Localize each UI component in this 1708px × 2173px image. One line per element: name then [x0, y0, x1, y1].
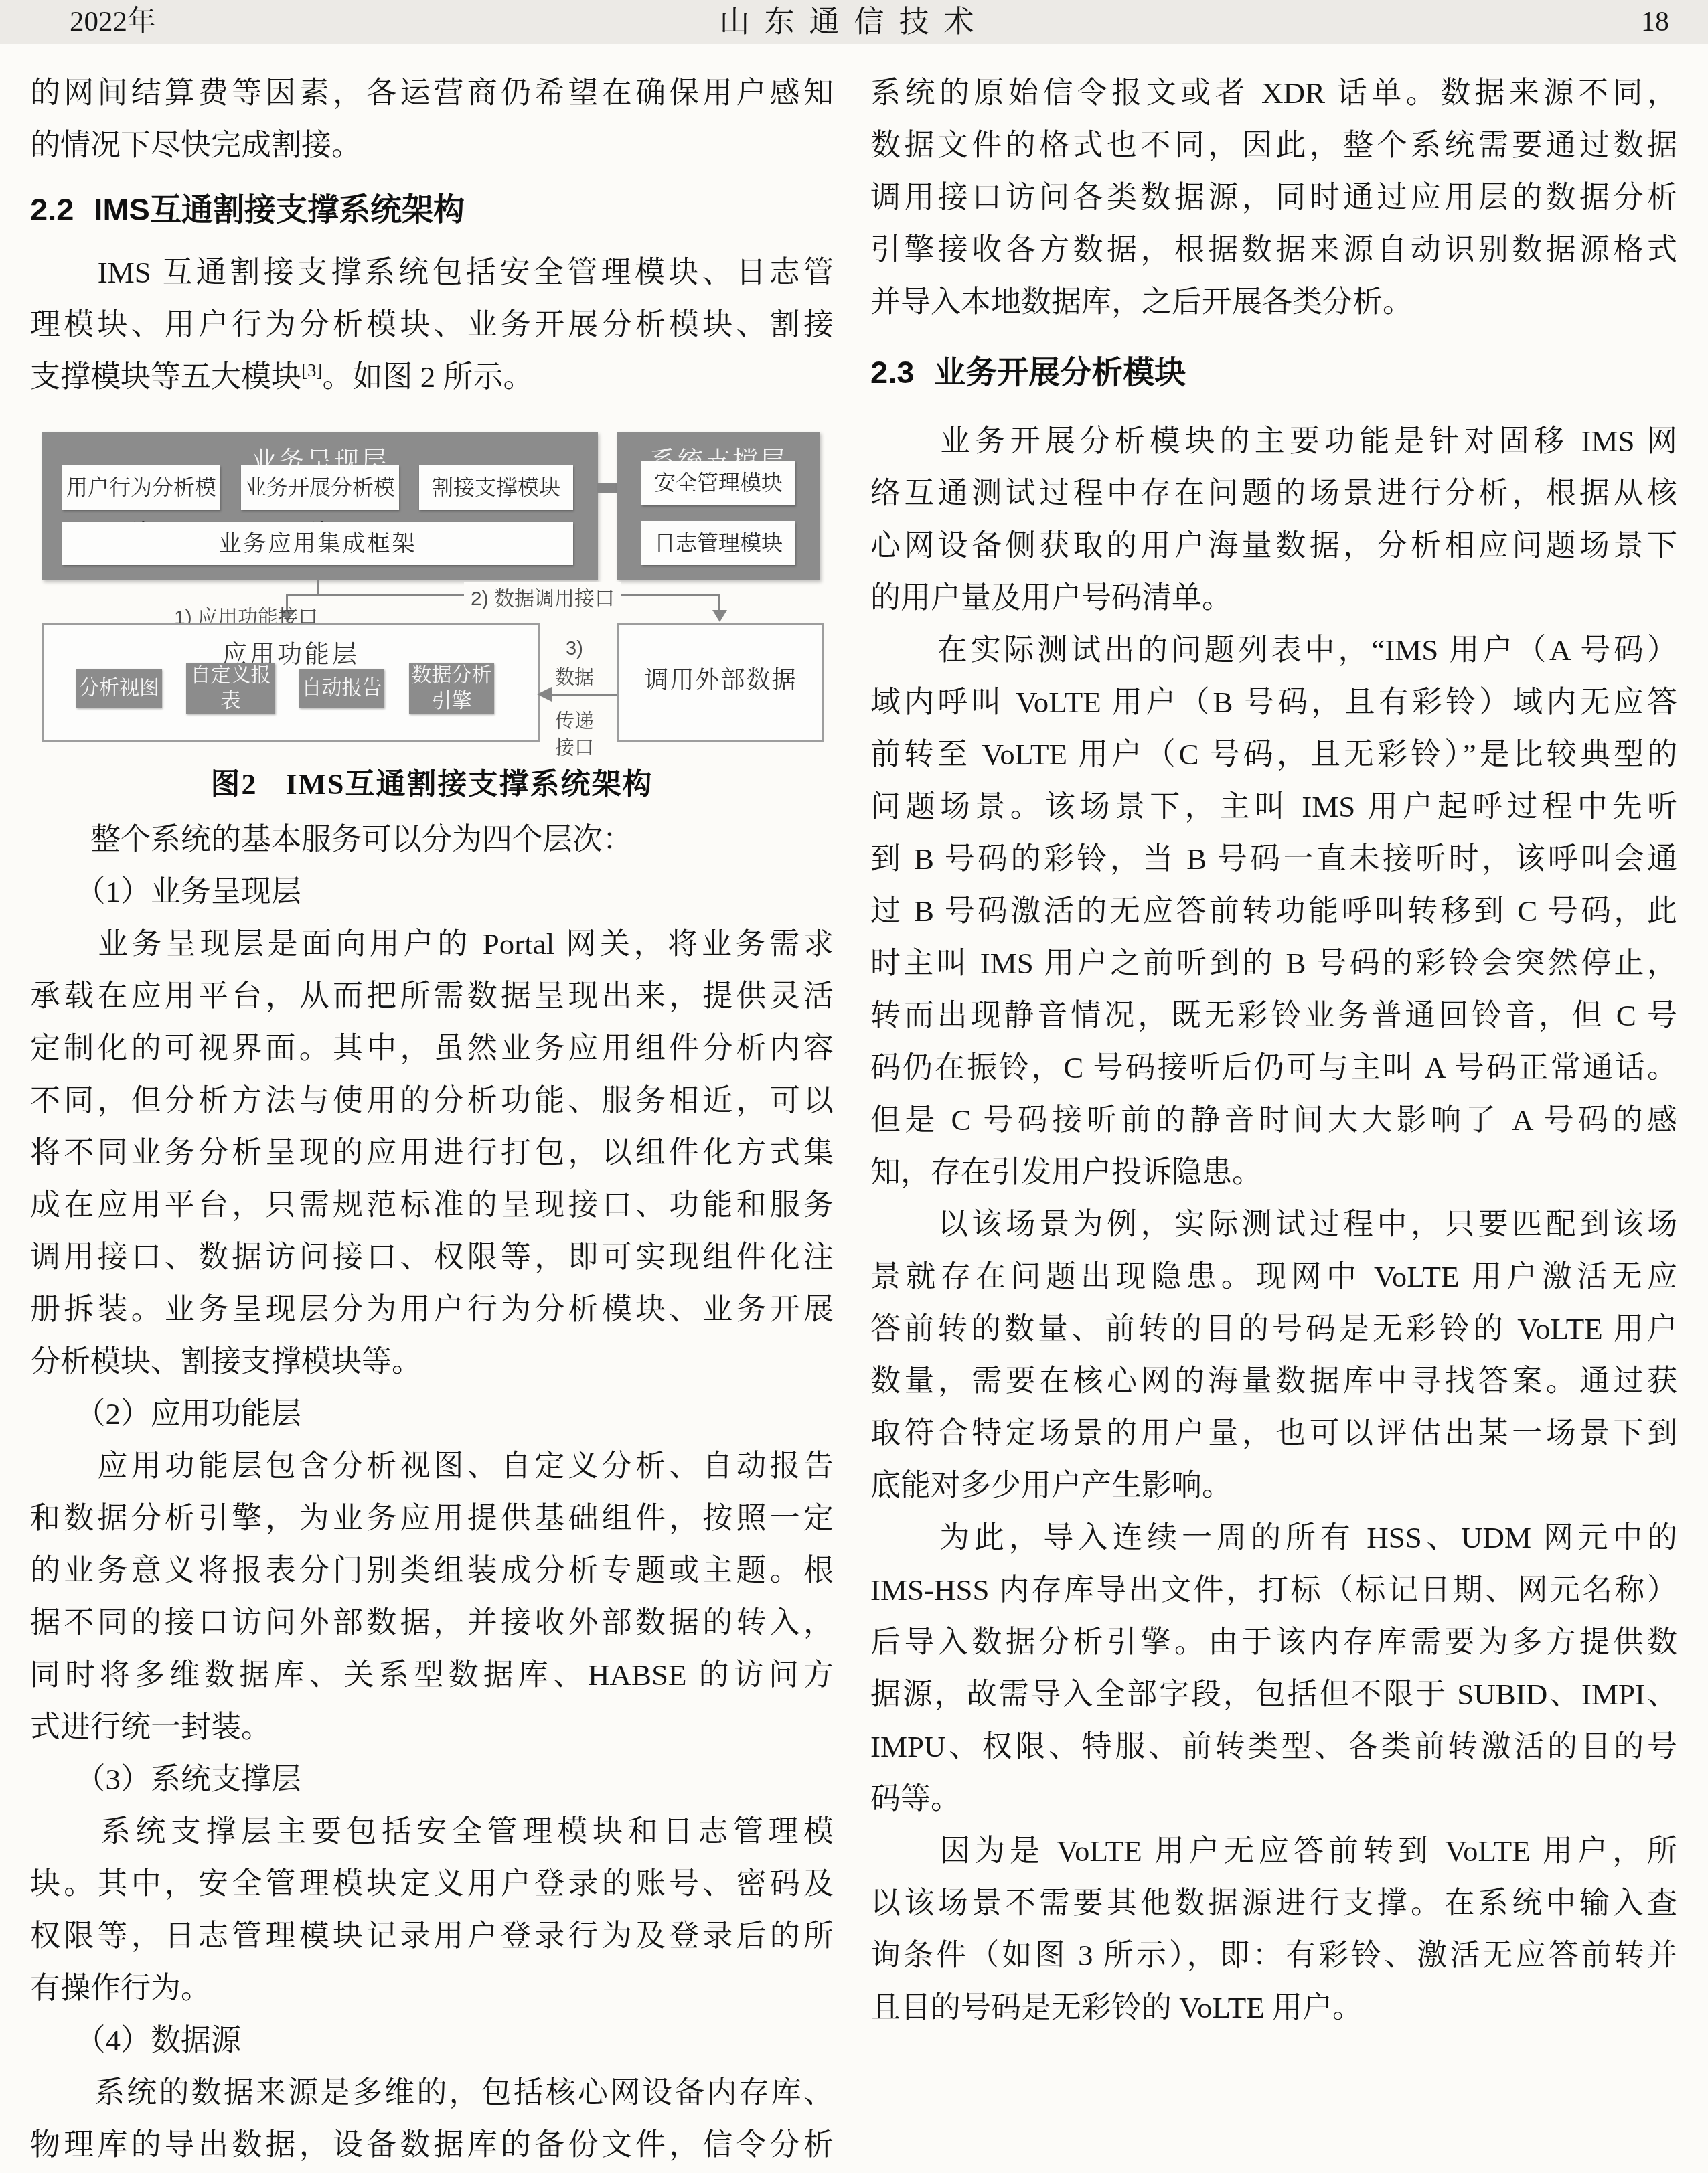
text-line: 系统的原始信令报文或者 XDR 话单。数据来源不同，	[870, 67, 1677, 119]
text-line: 过 B 号码激活的无应答前转功能呼叫转移到 C 号码，此	[870, 885, 1677, 937]
text-line: 域内呼叫 VoLTE 用户（B 号码，且有彩铃）域内无应答	[870, 676, 1677, 728]
text-line: 码仍在振铃，C 号码接听后仍可与主叫 A 号码正常通话。	[870, 1042, 1677, 1094]
module-box-security-mgmt: 安全管理模块	[641, 461, 795, 505]
text-line: 因为是 VoLTE 用户无应答前转到 VoLTE 用户，所	[870, 1825, 1677, 1877]
text-line: 据不同的接口访问外部数据，并接收外部数据的转入，	[30, 1597, 834, 1649]
module-box-cutover-support: 割接支撑模块	[419, 465, 573, 510]
text-line: 定制化的可视界面。其中，虽然业务应用组件分析内容	[30, 1022, 834, 1074]
text-line: （4）数据源	[30, 2014, 834, 2067]
section-heading-2-2: 2.2IMS互通割接支撑系统架构	[30, 189, 834, 230]
text-line: 问题场景。该场景下，主叫 IMS 用户起呼过程中先听	[870, 781, 1677, 833]
text-line: 且目的号码是无彩铃的 VoLTE 用户。	[870, 1982, 1677, 2034]
text-line: 在实际测试出的问题列表中，“IMS 用户（A 号码）	[870, 624, 1677, 676]
text-line: 和数据分析引擎，为业务应用提供基础组件，按照一定	[30, 1492, 834, 1544]
module-box-analysis-view: 分析视图	[76, 669, 162, 708]
paragraph-block: 系统的原始信令报文或者 XDR 话单。数据来源不同，数据文件的格式也不同，因此，…	[870, 67, 1677, 328]
module-box-custom-report: 自定义报 表	[186, 663, 275, 714]
text-line: 物理库的导出数据，设备数据库的备份文件，信令分析	[30, 2119, 834, 2171]
text-line: 的业务意义将报表分门别类组装成分析专题或主题。根	[30, 1544, 834, 1597]
support-layer-box: 系统支撑层 安全管理模块 日志管理模块	[617, 432, 820, 580]
text-line: 据源，故需导入全部字段，包括但不限于 SUBID、IMPI、	[870, 1668, 1677, 1720]
text-line: 承载在应用平台，从而把所需数据呈现出来，提供灵活	[30, 970, 834, 1022]
section-number: 2.3	[870, 354, 914, 390]
text-line: 数量，需要在核心网的海量数据库中寻找答案。通过获	[870, 1355, 1677, 1407]
data-transfer-line	[551, 694, 617, 696]
citation-superscript: [3]	[301, 360, 322, 380]
paragraph-block: IMS 互通割接支撑系统包括安全管理模块、日志管理模块、用户行为分析模块、业务开…	[30, 246, 834, 351]
section-title: IMS互通割接支撑系统架构	[94, 191, 465, 227]
text-line: 转而出现静音情况，既无彩铃业务普通回铃音，但 C 号	[870, 989, 1677, 1042]
text-line: 调用接口、数据访问接口、权限等，即可实现组件化注	[30, 1231, 834, 1283]
text-line: 的情况下尽快完成割接。	[30, 119, 834, 171]
text-line: 底能对多少用户产生影响。	[870, 1459, 1677, 1512]
text-segment: 支撑模块等五大模块	[30, 360, 301, 394]
paragraph-block: 整个系统的基本服务可以分为四个层次： （1）业务呈现层 业务呈现层是面向用户的 …	[30, 813, 834, 2171]
module-box-auto-report: 自动报告	[299, 669, 384, 708]
text-line: 为此，导入连续一周的所有 HSS、UDM 网元中的	[870, 1512, 1677, 1564]
module-box-user-behavior: 用户行为分析模块	[62, 465, 220, 510]
text-line: 块。其中，安全管理模块定义用户登录的账号、密码及	[30, 1858, 834, 1910]
text-line: 取符合特定场景的用户量，也可以评估出某一场景下到	[870, 1407, 1677, 1459]
text-line: （1）业务呈现层	[30, 866, 834, 918]
interface3-number: 3)	[544, 638, 605, 660]
figure-caption-number: 图2	[210, 768, 257, 801]
text-line: 支撑模块等五大模块[3]。如图 2 所示。	[30, 351, 834, 403]
section-heading-2-3: 2.3业务开展分析模块	[870, 351, 1677, 393]
text-line: 理模块、用户行为分析模块、业务开展分析模块、割接	[30, 299, 834, 351]
figure-caption-title: IMS互通割接支撑系统架构	[285, 768, 653, 801]
connector-line-vertical	[317, 580, 319, 594]
module-box-data-analysis-engine: 数据分析 引擎	[409, 663, 494, 714]
paragraph-block: 支撑模块等五大模块[3]。如图 2 所示。	[30, 351, 834, 403]
text-line: 心网设备侧获取的用户海量数据，分析相应问题场景下	[870, 519, 1677, 572]
text-line: 络互通测试过程中存在问题的场景进行分析，根据从核	[870, 467, 1677, 519]
interface3-word2: 传递	[544, 706, 605, 734]
module-box-service-analysis: 业务开展分析模块	[241, 465, 399, 510]
text-line: 将不同业务分析呈现的应用进行打包，以组件化方式集	[30, 1127, 834, 1179]
section-number: 2.2	[30, 191, 74, 227]
arrow-down-icon	[712, 610, 727, 622]
text-line: 知，存在引发用户投诉隐患。	[870, 1146, 1677, 1198]
text-line: 数据文件的格式也不同，因此，整个系统需要通过数据	[870, 119, 1677, 171]
left-column: 的网间结算费等因素，各运营商仍希望在确保用户感知的情况下尽快完成割接。 2.2I…	[30, 0, 834, 2173]
external-data-box: 调用外部数据	[617, 623, 824, 742]
section-title: 业务开展分析模块	[934, 354, 1186, 390]
text-line: 码等。	[870, 1773, 1677, 1825]
text-line: 业务开展分析模块的主要功能是针对固移 IMS 网	[870, 415, 1677, 467]
text-line: 答前转的数量、前转的目的号码是无彩铃的 VoLTE 用户	[870, 1303, 1677, 1355]
figure-caption: 图2IMS互通割接支撑系统架构	[30, 760, 834, 803]
paragraph-block: 的网间结算费等因素，各运营商仍希望在确保用户感知的情况下尽快完成割接。	[30, 67, 834, 171]
text-line: 询条件（如图 3 所示），即：有彩铃、激活无应答前转并	[870, 1929, 1677, 1982]
paragraph-block: 业务开展分析模块的主要功能是针对固移 IMS 网络互通测试过程中存在问题的场景进…	[870, 415, 1677, 2034]
text-line: 册拆装。业务呈现层分为用户行为分析模块、业务开展	[30, 1283, 834, 1336]
application-layer-box: 应用功能层 分析视图 自定义报 表 自动报告 数据分析 引擎	[42, 623, 540, 742]
figure-2-diagram: 业务呈现层 用户行为分析模块 业务开展分析模块 割接支撑模块 业务应用集成框架 …	[30, 432, 834, 807]
text-line: 权限等，日志管理模块记录用户登录行为及登录后的所	[30, 1910, 834, 1962]
text-line: 并导入本地数据库，之后开展各类分析。	[870, 276, 1677, 328]
interface-label-2: 2) 数据调用接口	[464, 582, 621, 611]
text-line: 景就存在问题出现隐患。现网中 VoLTE 用户激活无应	[870, 1251, 1677, 1303]
text-line: 但是 C 号码接听前的静音时间大大影响了 A 号码的感	[870, 1094, 1677, 1146]
text-line: IMPU、权限、特服、前转类型、各类前转激活的目的号	[870, 1720, 1677, 1773]
interface3-word1: 数据	[544, 663, 605, 690]
text-line: 整个系统的基本服务可以分为四个层次：	[30, 813, 834, 866]
text-line: 成在应用平台，只需规范标准的呈现接口、功能和服务	[30, 1179, 834, 1231]
text-line: 业务呈现层是面向用户的 Portal 网关，将业务需求	[30, 918, 834, 970]
presentation-layer-box: 业务呈现层 用户行为分析模块 业务开展分析模块 割接支撑模块 业务应用集成框架	[42, 432, 598, 580]
right-column: 系统的原始信令报文或者 XDR 话单。数据来源不同，数据文件的格式也不同，因此，…	[870, 0, 1677, 2173]
interface3-word3: 接口	[544, 733, 605, 760]
text-line: 系统的数据来源是多维的，包括核心网设备内存库、	[30, 2067, 834, 2119]
text-line: 前转至 VoLTE 用户（C 号码，且无彩铃）”是比较典型的	[870, 728, 1677, 781]
text-line: IMS 互通割接支撑系统包括安全管理模块、日志管	[30, 246, 834, 299]
text-line: （3）系统支撑层	[30, 1753, 834, 1805]
paper-page: 2022年 山东通信技术 18 的网间结算费等因素，各运营商仍希望在确保用户感知…	[0, 0, 1708, 2173]
text-line: （2）应用功能层	[30, 1388, 834, 1440]
text-line: 分析模块、割接支撑模块等。	[30, 1336, 834, 1388]
text-line: 应用功能层包含分析视图、自定义分析、自动报告	[30, 1440, 834, 1492]
text-line: 系统支撑层主要包括安全管理模块和日志管理模	[30, 1805, 834, 1858]
module-box-integration-framework: 业务应用集成框架	[62, 522, 573, 565]
text-line: 的网间结算费等因素，各运营商仍希望在确保用户感知	[30, 67, 834, 119]
text-segment: 。如图 2 所示。	[323, 360, 534, 394]
text-line: 以该场景为例，实际测试过程中，只要匹配到该场	[870, 1198, 1677, 1251]
text-line: 不同，但分析方法与使用的分析功能、服务相近，可以	[30, 1074, 834, 1127]
text-line: 引擎接收各方数据，根据数据来源自动识别数据源格式	[870, 224, 1677, 276]
text-line: 以该场景不需要其他数据源进行支撑。在系统中输入查	[870, 1877, 1677, 1929]
text-line: 调用接口访问各类数据源，同时通过应用层的数据分析	[870, 171, 1677, 224]
text-line: IMS-HSS 内存库导出文件，打标（标记日期、网元名称）	[870, 1564, 1677, 1616]
text-line: 后导入数据分析引擎。由于该内存库需要为多方提供数	[870, 1616, 1677, 1668]
module-box-log-mgmt: 日志管理模块	[641, 521, 795, 565]
text-line: 的用户量及用户号码清单。	[870, 572, 1677, 624]
text-line: 时主叫 IMS 用户之前听到的 B 号码的彩铃会突然停止，	[870, 937, 1677, 989]
text-line: 同时将多维数据库、关系型数据库、HABSE 的访问方	[30, 1649, 834, 1701]
text-line: 式进行统一封装。	[30, 1701, 834, 1753]
layer-connector	[597, 483, 619, 493]
text-line: 有操作行为。	[30, 1962, 834, 2014]
text-line: 到 B 号码的彩铃，当 B 号码一直未接听时，该呼叫会通	[870, 833, 1677, 885]
